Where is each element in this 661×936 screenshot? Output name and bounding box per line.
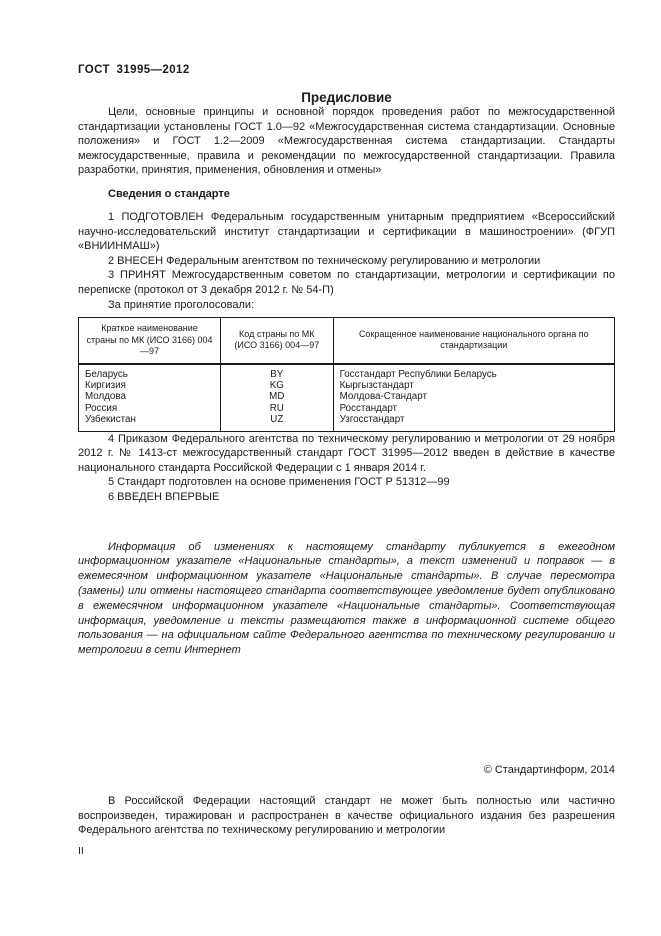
- cell-country: Россия: [79, 403, 221, 414]
- doc-number: ГОСТ 31995—2012: [78, 64, 615, 76]
- voting-table-body: Беларусь BY Госстандарт Республики Белар…: [79, 364, 615, 432]
- table-row: Беларусь BY Госстандарт Республики Белар…: [79, 364, 615, 380]
- cell-code: BY: [221, 364, 334, 380]
- table-row: Молдова MD Молдова-Стандарт: [79, 391, 615, 402]
- cell-code: UZ: [221, 414, 334, 431]
- page-title: Предисловие: [78, 90, 615, 105]
- cell-body: Узгосстандарт: [333, 414, 614, 431]
- item-5-basis: 5 Стандарт подготовлен на основе примене…: [78, 475, 615, 490]
- cell-body: Росстандарт: [333, 403, 614, 414]
- copyright-line: © Стандартинформ, 2014: [484, 764, 615, 776]
- item-6-first-introduced: 6 ВВЕДЕН ВПЕРВЫЕ: [78, 490, 615, 505]
- section-heading: Сведения о стандарте: [78, 188, 615, 200]
- col-header-country-code: Код страны по МК (ИСО 3166) 004—97: [221, 318, 334, 364]
- cell-code: RU: [221, 403, 334, 414]
- intro-paragraph: Цели, основные принципы и основной поряд…: [78, 105, 615, 178]
- cell-country: Молдова: [79, 391, 221, 402]
- item-3-adopted: 3 ПРИНЯТ Межгосударственным советом по с…: [78, 268, 615, 297]
- document-page: ГОСТ 31995—2012 Предисловие Цели, основн…: [0, 0, 661, 936]
- amendments-note: Информация об изменениях к настоящему ст…: [78, 540, 615, 658]
- table-row: Киргизия KG Кыргызстандарт: [79, 380, 615, 391]
- voting-table: Краткое наименование страны по МК (ИСО 3…: [78, 317, 615, 432]
- cell-country: Беларусь: [79, 364, 221, 380]
- cell-body: Госстандарт Республики Беларусь: [333, 364, 614, 380]
- table-row: Россия RU Росстандарт: [79, 403, 615, 414]
- item-4-order: 4 Приказом Федерального агентства по тех…: [78, 432, 615, 476]
- cell-code: KG: [221, 380, 334, 391]
- item-1-prepared: 1 ПОДГОТОВЛЕН Федеральным государственны…: [78, 210, 615, 254]
- cell-body: Кыргызстандарт: [333, 380, 614, 391]
- col-header-national-body: Сокращенное наименование национального о…: [333, 318, 614, 364]
- voting-table-header: Краткое наименование страны по МК (ИСО 3…: [79, 318, 615, 364]
- item-2-submitted: 2 ВНЕСЕН Федеральным агентством по техни…: [78, 254, 615, 269]
- page-number: II: [78, 845, 84, 857]
- table-row: Узбекистан UZ Узгосстандарт: [79, 414, 615, 431]
- standard-info-items: 1 ПОДГОТОВЛЕН Федеральным государственны…: [78, 210, 615, 312]
- page-content: ГОСТ 31995—2012 Предисловие Цели, основн…: [78, 0, 615, 658]
- cell-country: Узбекистан: [79, 414, 221, 431]
- cell-country: Киргизия: [79, 380, 221, 391]
- cell-body: Молдова-Стандарт: [333, 391, 614, 402]
- cell-code: MD: [221, 391, 334, 402]
- reproduction-note: В Российской Федерации настоящий стандар…: [78, 794, 615, 838]
- vote-line: За принятие проголосовали:: [78, 298, 615, 313]
- col-header-country-name: Краткое наименование страны по МК (ИСО 3…: [79, 318, 221, 364]
